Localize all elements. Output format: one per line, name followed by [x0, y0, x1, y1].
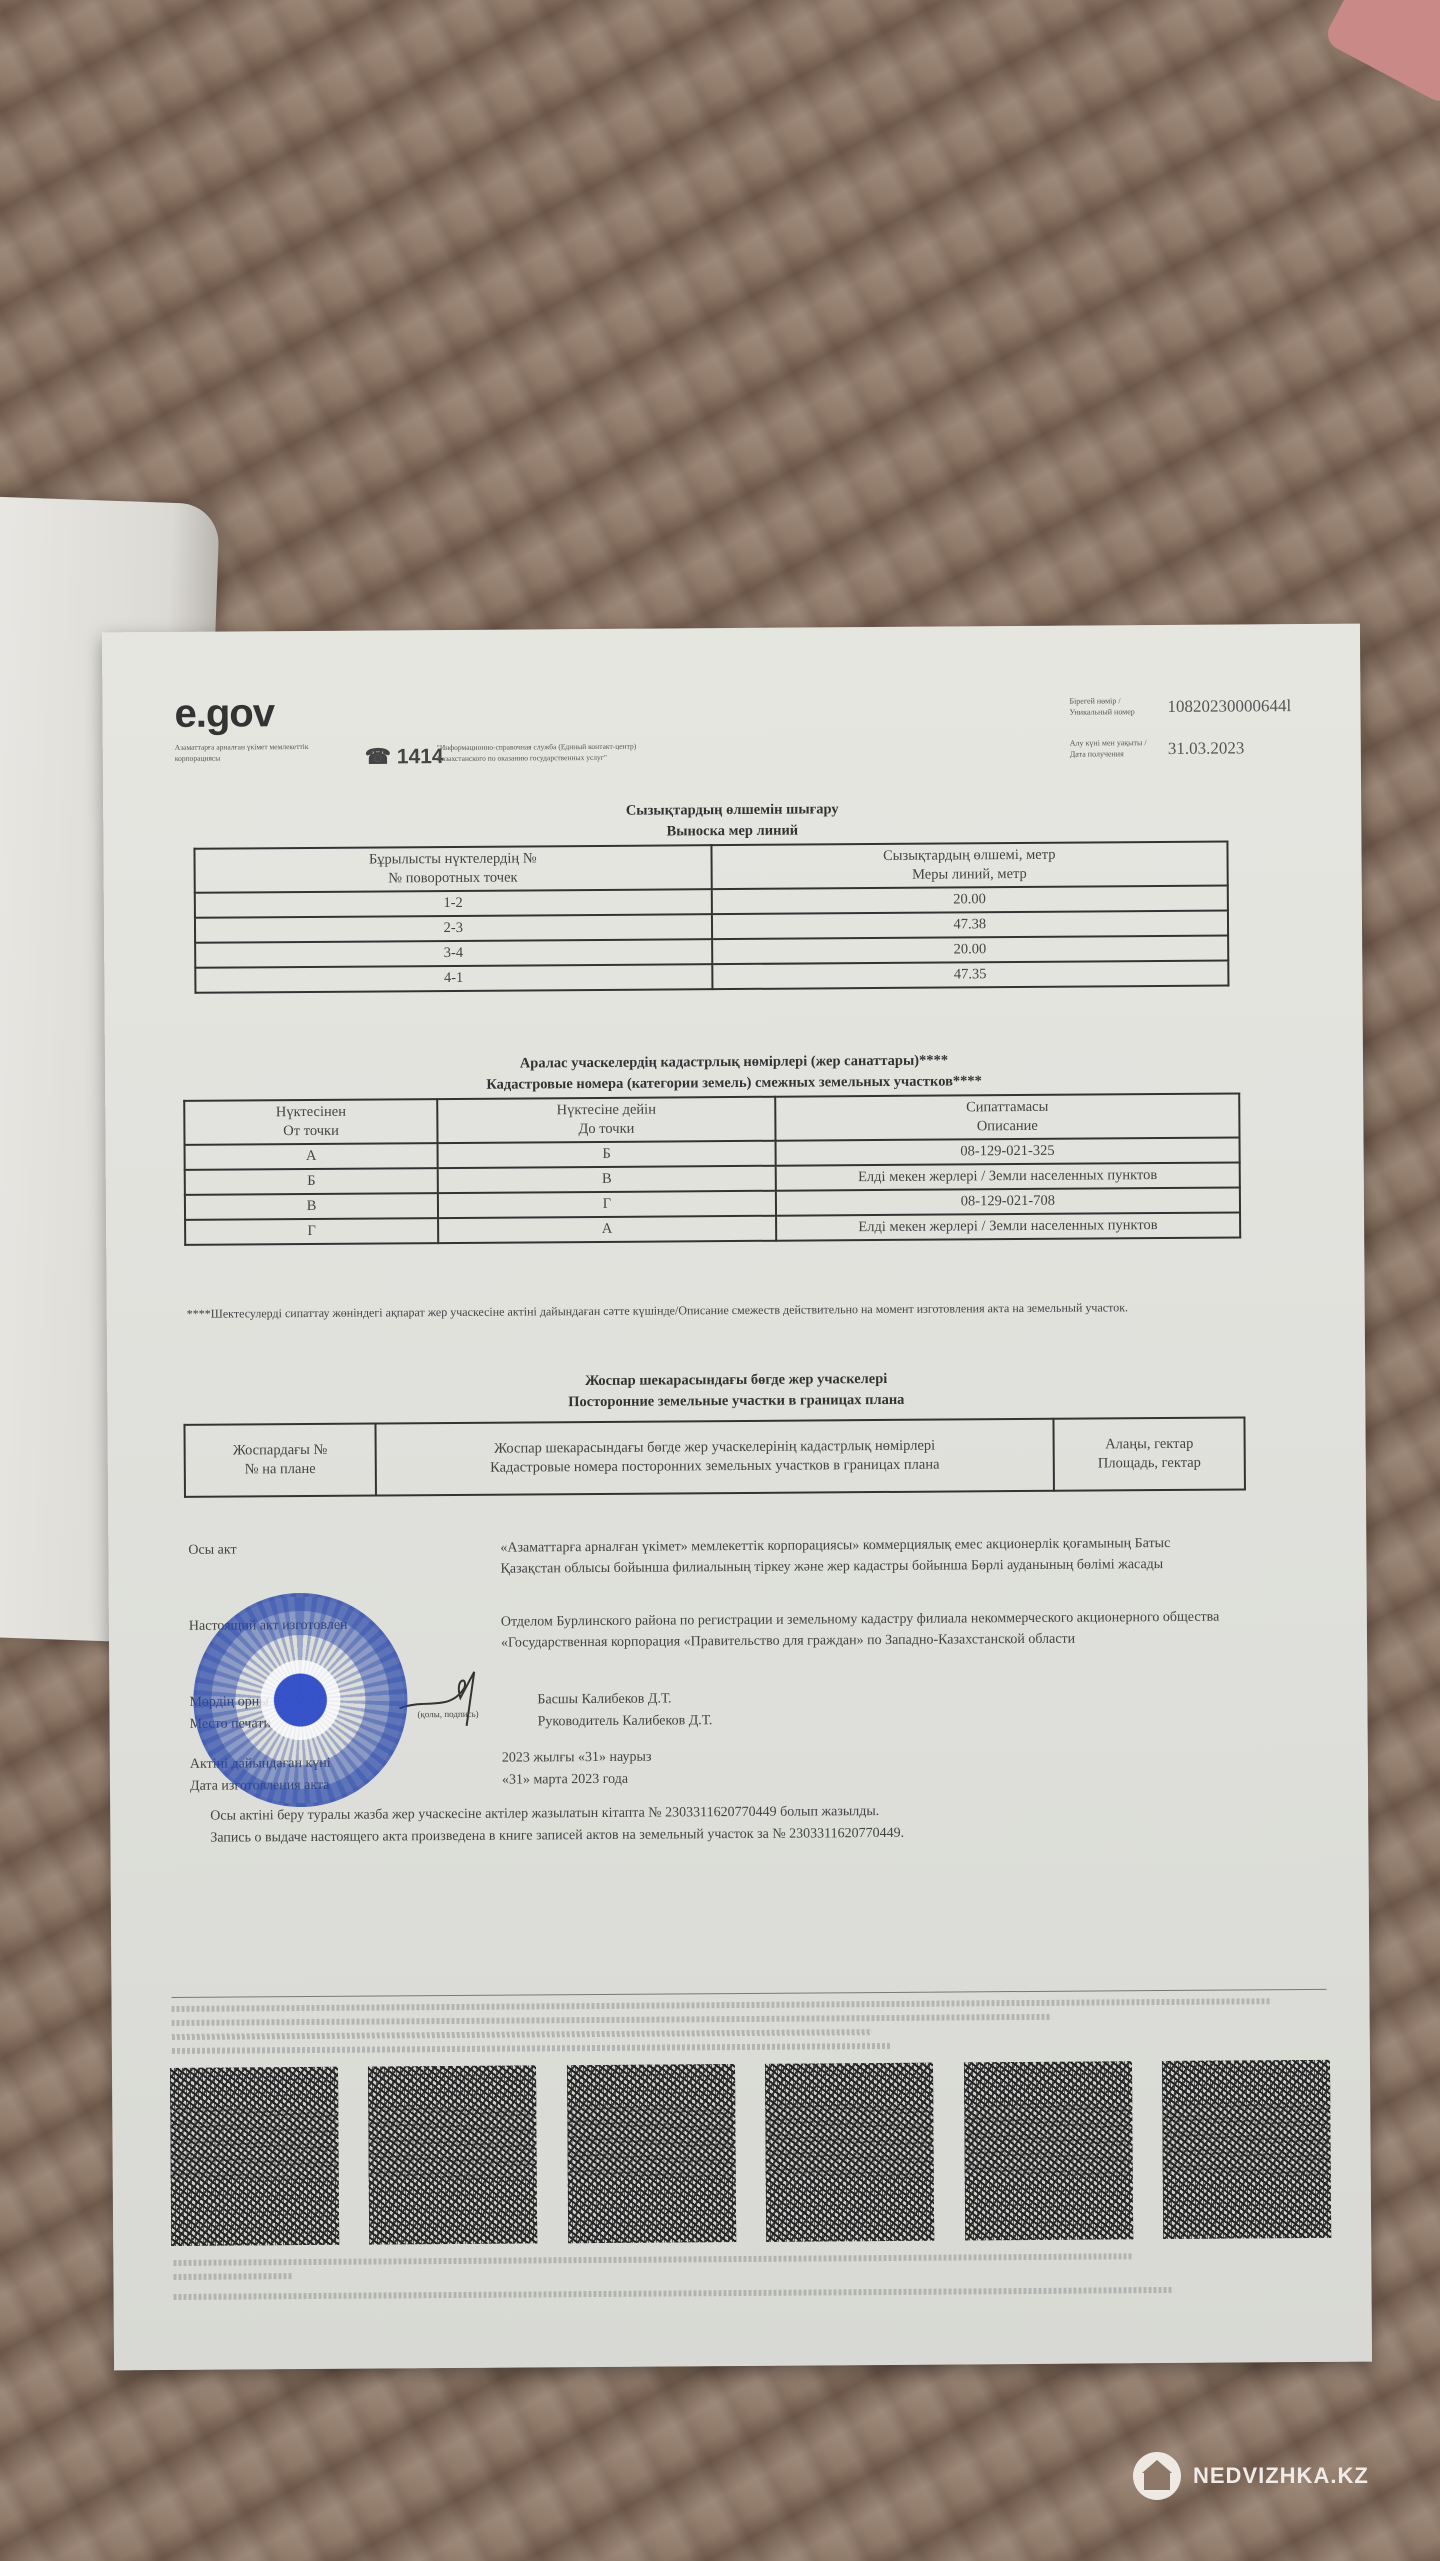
fine-print	[172, 2014, 1052, 2026]
date-ru: «31» марта 2023 года	[502, 1769, 628, 1791]
watermark: NEDVIZHKA.KZ	[1133, 2452, 1369, 2500]
egov-logo: e.gov	[174, 691, 274, 737]
unique-number: 10820230000644l	[1167, 696, 1291, 717]
foreign-plots-title: Жоспар шекарасындағы бөгде жер учаскелер…	[107, 1366, 1365, 1417]
unique-number-label: Бірегей нөмір / Уникальный номер	[1069, 695, 1159, 718]
fine-print	[172, 2043, 892, 2054]
qr-code	[567, 2064, 736, 2243]
land-act-document: e.gov Азаматтарға арналған үкімет мемлек…	[102, 624, 1372, 2371]
fine-print	[172, 2029, 872, 2040]
stamp-emblem-icon	[260, 1660, 341, 1741]
adjacent-title: Аралас учаскелердің кадастрлық нөмірлері…	[105, 1048, 1363, 1099]
official-stamp	[193, 1592, 408, 1807]
qr-code	[964, 2061, 1133, 2240]
qr-codes	[170, 2060, 1331, 2248]
line-measures-title: Сызықтардың өлшемін шығару Выноска мер л…	[103, 796, 1361, 847]
qr-code	[170, 2067, 339, 2246]
act-text-kz: «Азаматтарға арналған үкімет» мемлекетті…	[500, 1533, 1230, 1580]
date-kz: 2023 жылғы «31» наурыз	[502, 1747, 652, 1769]
fine-print	[173, 2273, 293, 2280]
head-kz: Басшы Калибеков Д.Т.	[537, 1688, 671, 1710]
footer-divider	[171, 1989, 1326, 1998]
logo-caption: Азаматтарға арналған үкімет мемлекеттік …	[175, 741, 325, 764]
fine-print	[173, 2253, 1133, 2266]
received-date-label: Алу күні мен уақыты / Дата получения	[1070, 737, 1160, 760]
foreign-plots-table: Жоспардағы №№ на плане Жоспар шекарасынд…	[183, 1416, 1245, 1497]
phone-caption: "Информационно-справочная служба (Единый…	[437, 740, 667, 764]
act-section: Осы акт «Азаматтарға арналған үкімет» ме…	[188, 1532, 1268, 1540]
footnote: ****Шектесулерді сипаттау жөніндегі ақпа…	[187, 1296, 1247, 1323]
fine-print	[172, 1998, 1272, 2012]
document-meta: Бірегей нөмір / Уникальный номер 1082023…	[1069, 694, 1330, 780]
phone-number: ☎ 1414	[365, 744, 444, 770]
head-ru: Руководитель Калибеков Д.Т.	[537, 1710, 712, 1732]
qr-code	[368, 2065, 537, 2244]
pink-object	[1322, 0, 1440, 106]
watermark-text: NEDVIZHKA.KZ	[1193, 2463, 1369, 2489]
act-text-ru: Отделом Бурлинского района по регистраци…	[501, 1607, 1231, 1654]
signature-caption: (қолы, подпись)	[417, 1704, 478, 1725]
fine-print	[174, 2287, 1174, 2300]
qr-code	[1162, 2060, 1331, 2239]
act-label-kz: Осы акт	[188, 1539, 236, 1560]
phone-icon: ☎	[365, 745, 391, 768]
qr-code	[765, 2063, 934, 2242]
document-header: e.gov Азаматтарға арналған үкімет мемлек…	[174, 684, 1295, 802]
house-icon	[1133, 2452, 1181, 2500]
line-measures-table: Бұрылысты нүктелердің №№ поворотных точе…	[193, 841, 1229, 994]
adjacent-plots-table: НүктесіненОт точки Нүктесіне дейінДо точ…	[183, 1092, 1241, 1245]
received-date: 31.03.2023	[1168, 738, 1245, 759]
